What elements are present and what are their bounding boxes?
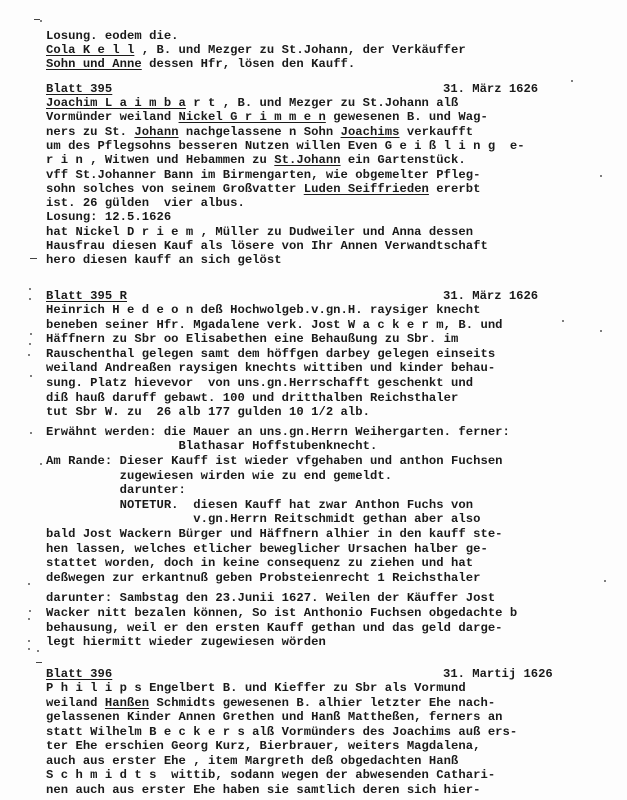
scan-speck (37, 650, 39, 652)
entry-header: Blatt 395 R (46, 289, 127, 303)
text-run: Vormünder weiland (46, 110, 179, 124)
text-line: v.gn.Herrn Reitschmidt gethan aber also (46, 512, 480, 526)
text-run: Losung. eodem die. (46, 29, 179, 43)
text-run: zugewiesen wirden wie zu end gemeldt. (46, 469, 392, 483)
underlined-name: Joachim L a i m b a (46, 96, 186, 110)
scan-speck (562, 320, 564, 322)
scan-speck (604, 580, 606, 582)
scan-speck (30, 375, 32, 377)
underlined-name: Cola K e l l (46, 43, 134, 57)
text-run: legt hiermitt wieder zugewiesen wörden (46, 635, 326, 649)
text-line: Rauschenthal gelegen samt dem höffgen da… (46, 347, 495, 361)
underlined-name: Luden Seiffrieden (304, 182, 429, 196)
text-line: vff St.Johanner Bann im Birmengarten, wi… (46, 168, 480, 182)
text-line: diß hauß daruff gebawt. 100 und dritthal… (46, 391, 458, 405)
text-run: dessen Hfr, lösen den Kauff. (142, 57, 356, 71)
text-run: hen lassen, welches etlicher beweglicher… (46, 542, 488, 556)
underlined-name: Joachims (341, 125, 400, 139)
text-run: Rauschenthal gelegen samt dem höffgen da… (46, 347, 495, 361)
text-run: Losung: 12.5.1626 (46, 210, 171, 224)
text-run: bald Jost Wackern Bürger und Häffnern al… (46, 527, 503, 541)
text-line: legt hiermitt wieder zugewiesen wörden (46, 635, 326, 649)
blatt-number: Blatt 395 (46, 82, 112, 96)
text-line: Häffnern zu Sbr oo Elisabethen eine Beha… (46, 332, 458, 346)
text-run: Heinrich H e d e o n deß Hochwolgeb.v.gn… (46, 303, 480, 317)
text-line: beneben seiner Hfr. Mgadalene verk. Jost… (46, 318, 503, 332)
scan-speck (28, 354, 30, 356)
text-run: um des Pflegsohns besseren Nutzen willen… (46, 139, 525, 153)
text-run: beneben seiner Hfr. Mgadalene verk. Jost… (46, 318, 503, 332)
text-line: Cola K e l l , B. und Mezger zu St.Johan… (46, 43, 466, 57)
text-line: S c h m i d t s wittib, sodann wegen der… (46, 768, 495, 782)
text-run: verkaufft (400, 125, 474, 139)
text-line: bald Jost Wackern Bürger und Häffnern al… (46, 527, 503, 541)
scan-speck (30, 333, 32, 335)
underlined-name: Nickel G r i m m e n (179, 110, 326, 124)
text-line: hen lassen, welches etlicher beweglicher… (46, 542, 488, 556)
text-run: ein Gartenstück. (341, 153, 466, 167)
text-run: ist. 26 gülden vier albus. (46, 196, 245, 210)
scan-speck (29, 288, 31, 290)
scan-speck (40, 20, 42, 22)
text-run: darunter: (46, 483, 186, 497)
text-line: um des Pflegsohns besseren Nutzen willen… (46, 139, 525, 153)
text-run: hat Nickel D r i e m , Müller zu Dudweil… (46, 225, 473, 239)
text-line: sung. Platz hievevor von uns.gn.Herrscha… (46, 376, 473, 390)
text-line: Sohn und Anne dessen Hfr, lösen den Kauf… (46, 57, 355, 71)
scan-speck (29, 298, 31, 300)
scan-speck (30, 432, 32, 434)
text-run: Schmidts gewesenen B. alhier letzter Ehe… (149, 696, 495, 710)
text-run: ners zu St. (46, 125, 134, 139)
text-line: Hausfrau diesen Kauf als lösere von Ihr … (46, 239, 488, 253)
text-line: r i n , Witwen und Hebammen zu St.Johann… (46, 153, 466, 167)
text-line: darunter: Sambstag den 23.Junii 1627. We… (46, 591, 495, 605)
text-run: diß hauß daruff gebawt. 100 und dritthal… (46, 391, 458, 405)
scan-mark (36, 662, 42, 663)
text-line: Joachim L a i m b a r t , B. und Mezger … (46, 96, 458, 110)
text-run: deßwegen zur erkantnuß geben Probsteienr… (46, 571, 480, 585)
text-line: deßwegen zur erkantnuß geben Probsteienr… (46, 571, 480, 585)
text-line: behausung, weil er den ersten Kauff geth… (46, 621, 503, 635)
text-run: gewesenen B. und Wag- (326, 110, 488, 124)
text-run: gelassenen Kinder Annen Grethen und Hanß… (46, 710, 510, 724)
text-line: hat Nickel D r i e m , Müller zu Dudweil… (46, 225, 473, 239)
text-line: Am Rande: Dieser Kauff ist wieder vfgeha… (46, 454, 503, 468)
underlined-name: Sohn und Anne (46, 57, 142, 71)
text-run: P h i l i p s Engelbert B. und Kieffer z… (46, 681, 466, 695)
text-run: statt Wilhelm B e c k e r s alß Vormünde… (46, 725, 517, 739)
text-run: r i n , Witwen und Hebammen zu (46, 153, 274, 167)
text-run: sung. Platz hievevor von uns.gn.Herrscha… (46, 376, 473, 390)
blatt-number: Blatt 395 R (46, 289, 127, 303)
text-line: sohn solches von seinem Großvatter Luden… (46, 182, 480, 196)
underlined-name: Hanßen (105, 696, 149, 710)
text-line: hero diesen kauff an sich gelöst (46, 253, 282, 267)
scan-speck (28, 648, 30, 650)
document-page: Losung. eodem die.Cola K e l l , B. und … (0, 0, 627, 800)
text-run: Erwähnt werden: die Mauer an uns.gn.Herr… (46, 425, 510, 439)
scan-speck (600, 175, 602, 177)
text-run: ter Ehe erschien Georg Kurz, Bierbrauer,… (46, 739, 480, 753)
scan-speck (29, 610, 31, 612)
text-line: Blathasar Hoffstubenknecht. (46, 439, 377, 453)
text-run: Am Rande: Dieser Kauff ist wieder vfgeha… (46, 454, 503, 468)
text-line: statt Wilhelm B e c k e r s alß Vormünde… (46, 725, 517, 739)
scan-mark (34, 19, 40, 20)
entry-date: 31. Martij 1626 (443, 667, 553, 681)
text-line: ners zu St. Johann nachgelassene n Sohn … (46, 125, 473, 139)
text-line: Wacker nitt bezalen können, So ist Antho… (46, 606, 517, 620)
text-line: Vormünder weiland Nickel G r i m m e n g… (46, 110, 488, 124)
text-line: Heinrich H e d e o n deß Hochwolgeb.v.gn… (46, 303, 480, 317)
text-run: sohn solches von seinem Großvatter (46, 182, 304, 196)
text-line: auch aus erster Ehe , item Margreth deß … (46, 754, 458, 768)
text-run: nen auch aus erster Ehe haben sie samtli… (46, 783, 480, 797)
text-run: r t , B. und Mezger zu St.Johann alß (186, 96, 458, 110)
entry-header: Blatt 395 (46, 82, 112, 96)
text-run: ererbt (429, 182, 481, 196)
text-line: ist. 26 gülden vier albus. (46, 196, 245, 210)
text-line: NOTETUR. diesen Kauff hat zwar Anthon Fu… (46, 498, 473, 512)
text-line: gelassenen Kinder Annen Grethen und Hanß… (46, 710, 510, 724)
scan-speck (40, 463, 42, 465)
scan-speck (29, 343, 31, 345)
text-line: Erwähnt werden: die Mauer an uns.gn.Herr… (46, 425, 510, 439)
text-line: tut Sbr W. zu 26 alb 177 gulden 10 1/2 a… (46, 405, 370, 419)
text-run: S c h m i d t s wittib, sodann wegen der… (46, 768, 495, 782)
text-line: P h i l i p s Engelbert B. und Kieffer z… (46, 681, 466, 695)
text-run: Hausfrau diesen Kauf als lösere von Ihr … (46, 239, 488, 253)
text-run: auch aus erster Ehe , item Margreth deß … (46, 754, 458, 768)
text-run: Häffnern zu Sbr oo Elisabethen eine Beha… (46, 332, 458, 346)
text-line: stattet worden, doch in keine consequenz… (46, 556, 473, 570)
text-run: , B. und Mezger zu St.Johann, der Verkäu… (134, 43, 465, 57)
underlined-name: Johann (134, 125, 178, 139)
text-run: weiland Andreaßen raysigen knechts witti… (46, 361, 495, 375)
text-run: vff St.Johanner Bann im Birmengarten, wi… (46, 168, 480, 182)
entry-date: 31. März 1626 (443, 289, 538, 303)
scan-speck (28, 583, 30, 585)
text-line: Losung: 12.5.1626 (46, 210, 171, 224)
text-run: Wacker nitt bezalen können, So ist Antho… (46, 606, 517, 620)
scan-mark (30, 258, 37, 259)
text-run: darunter: Sambstag den 23.Junii 1627. We… (46, 591, 495, 605)
text-run: tut Sbr W. zu 26 alb 177 gulden 10 1/2 a… (46, 405, 370, 419)
underlined-name: St.Johann (274, 153, 340, 167)
scan-speck (28, 618, 30, 620)
text-run: hero diesen kauff an sich gelöst (46, 253, 282, 267)
text-run: behausung, weil er den ersten Kauff geth… (46, 621, 503, 635)
text-line: nen auch aus erster Ehe haben sie samtli… (46, 783, 480, 797)
text-run: v.gn.Herrn Reitschmidt gethan aber also (46, 512, 480, 526)
text-run: weiland (46, 696, 105, 710)
text-line: ter Ehe erschien Georg Kurz, Bierbrauer,… (46, 739, 480, 753)
text-line: Losung. eodem die. (46, 29, 179, 43)
scan-speck (28, 640, 30, 642)
entry-header: Blatt 396 (46, 667, 112, 681)
text-run: NOTETUR. diesen Kauff hat zwar Anthon Fu… (46, 498, 473, 512)
text-run: stattet worden, doch in keine consequenz… (46, 556, 473, 570)
scan-speck (571, 80, 573, 82)
scan-speck (600, 330, 602, 332)
text-line: zugewiesen wirden wie zu end gemeldt. (46, 469, 392, 483)
text-line: weiland Hanßen Schmidts gewesenen B. alh… (46, 696, 495, 710)
text-line: weiland Andreaßen raysigen knechts witti… (46, 361, 495, 375)
text-run: Blathasar Hoffstubenknecht. (46, 439, 377, 453)
blatt-number: Blatt 396 (46, 667, 112, 681)
text-run: nachgelassene n Sohn (179, 125, 341, 139)
entry-date: 31. März 1626 (443, 82, 538, 96)
text-line: darunter: (46, 483, 186, 497)
